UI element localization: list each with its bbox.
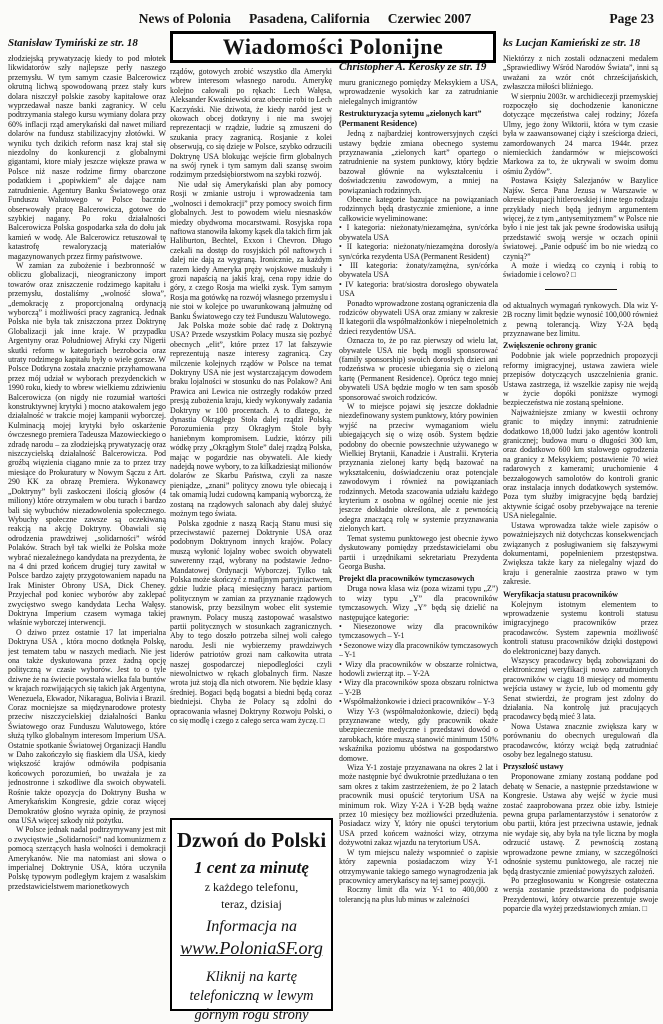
article-paragraph: Niektórzy z nich zostali odznaczeni meda… <box>503 54 658 92</box>
article-paragraph: W to miejsce pojawi się jeszcze dokładni… <box>339 402 498 534</box>
newspaper-name: News of Polonia <box>139 11 231 27</box>
newspaper-location: Pasadena, California <box>249 11 370 27</box>
article-paragraph: Polska zgodnie z naszą Racją Stanu musi … <box>170 519 332 726</box>
column-2: rządów, gotowych zrobić wszystko dla Ame… <box>170 67 332 815</box>
article-paragraph: Jedną z najbardziej kontrowersyjnych czę… <box>339 129 498 195</box>
article-paragraph: Po przegłosowaniu w Kongresie ostateczna… <box>503 876 658 914</box>
article-paragraph: złodziejską prywatyzację kiedy to pod mł… <box>8 54 166 261</box>
bullet-item: • III kategoria: żonaty/zamężna, syn/cór… <box>339 261 498 280</box>
article-paragraph: Postawa Księży Salezjanów w Bazylice Naj… <box>503 176 658 261</box>
section-subheading: Projekt dla pracowników tymczasowych <box>339 574 498 584</box>
article-paragraph: Nowa Ustawa znacznie zwiększa kary w por… <box>503 722 658 760</box>
bullet-item: • Współmałżonkowie i dzieci pracowników … <box>339 697 498 706</box>
bullet-item: • Wizy dla pracowników spoza obszaru rol… <box>339 678 498 697</box>
article-paragraph: Ustawa wprowadza także wiele zapisów o p… <box>503 521 658 587</box>
article-heading: ks Lucjan Kamieński ze str. 18 <box>503 37 658 50</box>
ad-info-label: Informacja na <box>172 918 331 936</box>
article-paragraph: W Polsce jednak nadal podtrzymywany jest… <box>8 825 166 891</box>
page-header: News of Polonia Pasadena, California Cze… <box>70 11 540 27</box>
article-paragraph: Najważniejsze zmiany w kwestii ochrony g… <box>503 408 658 521</box>
article-paragraph: Ponadto wprowadzone zostaną ograniczenia… <box>339 299 498 337</box>
column-4: ks Lucjan Kamieński ze str. 18Niektórzy … <box>503 37 658 1012</box>
article-paragraph: O dziwo przez ostatnie 17 lat imperialna… <box>8 628 166 826</box>
issue-date: Czerwiec 2007 <box>388 11 472 27</box>
article-paragraph: Wszyscy pracodawcy będą zobowiązani do e… <box>503 656 658 722</box>
ad-website-url: www.PoloniaSF.org <box>172 938 331 959</box>
section-subheading: Weryfikacja statusu pracowników <box>503 590 658 600</box>
article-paragraph: Druga nowa klasa wiz (poza wizami typu „… <box>339 584 498 622</box>
article-heading: Christopher A. Kerosky ze str. 19 <box>339 61 498 74</box>
article-paragraph: Wiza Y-1 zostaje przyznawana na okres 2 … <box>339 763 498 848</box>
article-paragraph: Wizy Y-3 (współmałożonkowie, dzieci) będ… <box>339 707 498 763</box>
column-3: Christopher A. Kerosky ze str. 19muru gr… <box>339 61 498 1011</box>
article-paragraph: Kolejnym istotnym elementem to wprowadze… <box>503 600 658 656</box>
article-paragraph: Oznacza to, że po raz pierwszy od wielu … <box>339 336 498 402</box>
article-paragraph: W sierpniu 2003r. w archidiecezji przemy… <box>503 92 658 177</box>
section-title: Wiadomości Polonijne <box>223 34 443 60</box>
ad-subline-1: z każdego telefonu, <box>172 880 331 895</box>
bullet-item: • I kategoria: nieżonaty/niezamężna, syn… <box>339 223 498 242</box>
phone-ad-box: Dzwoń do Polski 1 cent za minutę z każde… <box>170 818 333 1011</box>
section-divider <box>545 289 617 290</box>
article-paragraph: W tym miejscu należy wspomnieć o zapisie… <box>339 848 498 886</box>
bullet-item: • Wizy dla pracowników w obszarze rolnic… <box>339 660 498 679</box>
bullet-item: • II kategoria: nieżonaty/niezamężna dor… <box>339 242 498 261</box>
article-paragraph: od aktualnych wymagań rynkowych. Dla wiz… <box>503 301 658 339</box>
article-paragraph: rządów, gotowych zrobić wszystko dla Ame… <box>170 67 332 180</box>
article-paragraph: A może i wiedzą co czynią i robią to świ… <box>503 261 658 280</box>
article-paragraph: muru granicznego pomiędzy Meksykiem a US… <box>339 78 498 106</box>
bullet-item: • Niesezonowe wizy dla pracowników tymcz… <box>339 622 498 641</box>
article-paragraph: W zamian za zubożenie i bezbronność w ob… <box>8 261 166 628</box>
ad-title: Dzwoń do Polski <box>172 828 331 853</box>
section-subheading: Zwiększenie ochrony granic <box>503 341 658 351</box>
article-paragraph: Podobnie jak wiele poprzednich propozycj… <box>503 351 658 407</box>
article-paragraph: Temat systemu punktowego jest obecnie ży… <box>339 534 498 572</box>
column-1: Stanisław Tymiński ze str. 18złodziejską… <box>8 37 166 1012</box>
ad-subline-2: teraz, dzisiaj <box>172 897 331 912</box>
page-number: Page 23 <box>609 11 654 27</box>
article-heading: Stanisław Tymiński ze str. 18 <box>8 37 166 50</box>
section-subheading: Przyszłość ustawy <box>503 762 658 772</box>
article-paragraph: Nie udał się Amerykański plan aby pomocy… <box>170 180 332 321</box>
section-masthead-box: Wiadomości Polonijne <box>170 31 496 63</box>
section-subheading: Restrukturyzacja sytemu „zielonych kart”… <box>339 109 498 129</box>
ad-instructions: Kliknij na kartę telefoniczną w lewym gó… <box>182 968 321 1024</box>
article-paragraph: Proponowane zmiany zostaną poddane pod d… <box>503 772 658 875</box>
bullet-item: • IV kategoria: brat/siostra dorosłego o… <box>339 280 498 299</box>
ad-price: 1 cent za minutę <box>172 858 331 878</box>
bullet-item: • Sezonowe wizy dla pracowników tymczaso… <box>339 641 498 660</box>
article-paragraph: Roczny limit dla wiz Y-1 to 400,000 z to… <box>339 885 498 904</box>
article-paragraph: Jak Polska może sobie dać radę z Doktryn… <box>170 321 332 519</box>
article-paragraph: Obecne kategorie bazujące na powiązaniac… <box>339 195 498 223</box>
